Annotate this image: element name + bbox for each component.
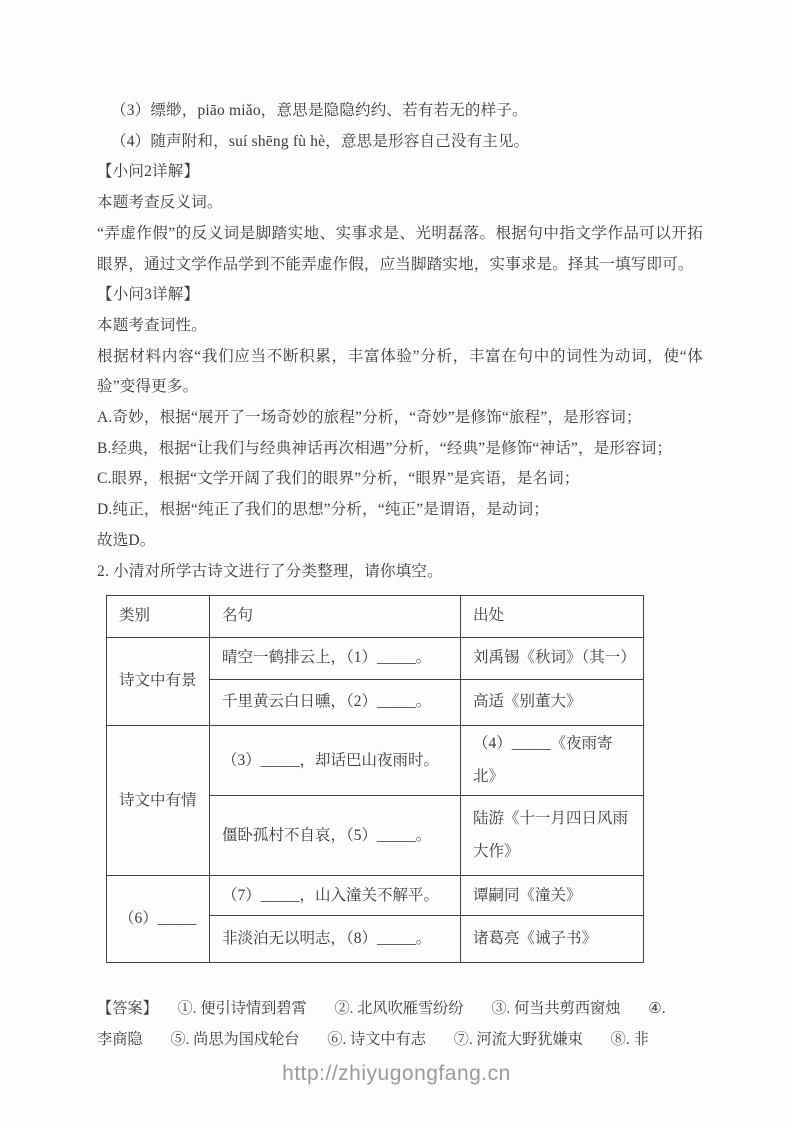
answer-item-8-partial: ⑧. 非 — [611, 1031, 649, 1048]
answer-section: 【答案】 ①. 便引诗情到碧霄 ②. 北风吹雁雪纷纷 ③. 何当共剪西窗烛 ④.… — [97, 994, 703, 1055]
subquestion-3-header: 【小问3详解】 — [97, 280, 703, 311]
source-cell: 刘禹锡《秋词》（其一） — [461, 638, 644, 680]
category-cell-blank: （6）_____ — [107, 876, 210, 963]
quote-cell: （3）_____，却话巴山夜雨时。 — [210, 726, 461, 796]
answer-item-4-marker: ④. — [648, 1000, 665, 1017]
header-category: 类别 — [107, 596, 210, 638]
pinyin-note-3: （3）缥缈，piāo miǎo，意思是隐隐约约、若有若无的样子。 — [97, 96, 703, 127]
answer-item-3: ③. 何当共剪西窗烛 — [491, 1000, 620, 1017]
answer-item-1: ①. 便引诗情到碧霄 — [178, 1000, 307, 1017]
option-c-analysis: C.眼界，根据“文学开阔了我们的眼界”分析，“眼界”是宾语，是名词； — [97, 464, 703, 495]
source-cell: 高适《别董大》 — [461, 680, 644, 726]
table-row: （6）_____ （7）_____，山入潼关不解平。 谭嗣同《潼关》 — [107, 876, 644, 916]
answer-item-5: ⑤. 尚思为国戍轮台 — [170, 1031, 299, 1048]
answer-item-6: ⑥. 诗文中有志 — [327, 1031, 426, 1048]
conclusion-line: 故选D。 — [97, 526, 703, 557]
category-cell-emotion: 诗文中有情 — [107, 726, 210, 876]
source-cell: 陆游《十一月四日风雨大作》 — [461, 796, 644, 876]
poetry-classification-table: 类别 名句 出处 诗文中有景 晴空一鹤排云上，（1）_____。 刘禹锡《秋词》… — [106, 595, 644, 963]
table-row: 诗文中有景 晴空一鹤排云上，（1）_____。 刘禹锡《秋词》（其一） — [107, 638, 644, 680]
option-d-analysis: D.纯正，根据“纯正了我们的思想”分析，“纯正”是谓语，是动词； — [97, 495, 703, 526]
watermark-url: http://zhiyugongfang.cn — [0, 1062, 793, 1086]
question-2-intro: 2. 小清对所学古诗文进行了分类整理，请你填空。 — [97, 557, 703, 588]
quote-cell: 千里黄云白日曛，（2）_____。 — [210, 680, 461, 726]
header-quote: 名句 — [210, 596, 461, 638]
option-a-analysis: A.奇妙，根据“展开了一场奇妙的旅程”分析，“奇妙”是修饰“旅程”，是形容词； — [97, 403, 703, 434]
category-cell-scenery: 诗文中有景 — [107, 638, 210, 726]
answer-item-2: ②. 北风吹雁雪纷纷 — [334, 1000, 463, 1017]
header-source: 出处 — [461, 596, 644, 638]
table-header-row: 类别 名句 出处 — [107, 596, 644, 638]
answer-item-4: 李商隐 — [97, 1031, 143, 1048]
answer-line-1: 【答案】 ①. 便引诗情到碧霄 ②. 北风吹雁雪纷纷 ③. 何当共剪西窗烛 ④. — [97, 994, 703, 1025]
source-cell: （4）_____《夜雨寄北》 — [461, 726, 644, 796]
subquestion-2-header: 【小问2详解】 — [97, 157, 703, 188]
answer-label: 【答案】 — [97, 1000, 158, 1017]
answer-item-7: ⑦. 河流大野犹嫌束 — [454, 1031, 583, 1048]
quote-cell: （7）_____，山入潼关不解平。 — [210, 876, 461, 916]
quote-cell: 晴空一鹤排云上，（1）_____。 — [210, 638, 461, 680]
answer-line-2: 李商隐 ⑤. 尚思为国戍轮台 ⑥. 诗文中有志 ⑦. 河流大野犹嫌束 ⑧. 非 — [97, 1025, 703, 1056]
quote-cell: 僵卧孤村不自哀，（5）_____。 — [210, 796, 461, 876]
pinyin-note-4: （4）随声附和，suí shēng fù hè，意思是形容自己没有主见。 — [97, 127, 703, 158]
subquestion-2-analysis: “弄虚作假”的反义词是脚踏实地、实事求是、光明磊落。根据句中指文学作品可以开拓眼… — [97, 219, 703, 280]
quote-cell: 非淡泊无以明志，（8）_____。 — [210, 916, 461, 963]
source-cell: 诸葛亮《诫子书》 — [461, 916, 644, 963]
subquestion-3-topic: 本题考查词性。 — [97, 311, 703, 342]
subquestion-3-analysis: 根据材料内容“我们应当不断积累，丰富体验”分析，丰富在句中的词性为动词，使“体验… — [97, 342, 703, 403]
source-cell: 谭嗣同《潼关》 — [461, 876, 644, 916]
subquestion-2-topic: 本题考查反义词。 — [97, 188, 703, 219]
page-content: （3）缥缈，piāo miǎo，意思是隐隐约约、若有若无的样子。 （4）随声附和… — [97, 96, 703, 1056]
scanned-exam-page: （3）缥缈，piāo miǎo，意思是隐隐约约、若有若无的样子。 （4）随声附和… — [0, 0, 793, 1122]
table-row: 诗文中有情 （3）_____，却话巴山夜雨时。 （4）_____《夜雨寄北》 — [107, 726, 644, 796]
option-b-analysis: B.经典，根据“让我们与经典神话再次相遇”分析，“经典”是修饰“神话”，是形容词… — [97, 434, 703, 465]
